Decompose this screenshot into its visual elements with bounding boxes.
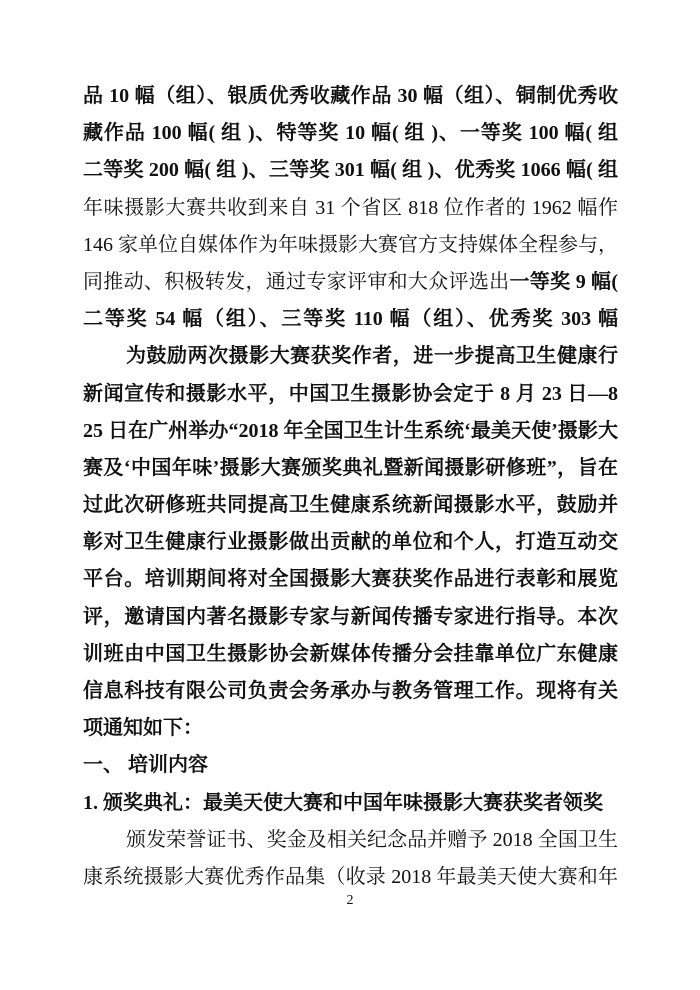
text-line: 训班由中国卫生摄影协会新媒体传播分会挂靠单位广东健康榜	[83, 636, 618, 673]
text-segment: 二等奖 54 幅（组）、三等奖 110 幅（组）、优秀奖 303 幅（组）。	[83, 308, 618, 338]
text-segment: 为鼓励两次摄影大赛获奖作者，进一步提高卫生健康行业	[83, 345, 618, 375]
text-segment: 146 家单位自媒体作为年味摄影大赛官方支持媒体全程参与，共	[83, 234, 618, 264]
text-line: 品 10 幅（组）、银质优秀收藏作品 30 幅（组）、铜制优秀收	[83, 78, 618, 115]
text-line: 25 日在广州举办“2018 年全国卫生计生系统‘最美天使’摄影大	[83, 413, 618, 450]
text-line: 赛及‘中国年味’摄影大赛颁奖典礼暨新闻摄影研修班”，旨在通	[83, 450, 618, 487]
text-segment: 评，邀请国内著名摄影专家与新闻传播专家进行指导。本次培	[83, 606, 618, 636]
text-segment: 信息科技有限公司负责会务承办与教务管理工作。现将有关事	[83, 680, 618, 710]
text-line: 1. 颁奖典礼：最美天使大赛和中国年味摄影大赛获奖者领奖	[83, 785, 618, 822]
text-line: 平台。培训期间将对全国摄影大赛获奖作品进行表彰和展览点	[83, 561, 618, 598]
text-segment: 训班由中国卫生摄影协会新媒体传播分会挂靠单位广东健康榜	[83, 643, 618, 673]
text-line: 二等奖 200 幅( 组 )、三等奖 301 幅( 组 )、优秀奖 1066 幅…	[83, 152, 618, 189]
text-line: 评，邀请国内著名摄影专家与新闻传播专家进行指导。本次培	[83, 599, 618, 636]
text-line: 彰对卫生健康行业摄影做出贡献的单位和个人，打造互动交流	[83, 524, 618, 561]
text-line: 二等奖 54 幅（组）、三等奖 110 幅（组）、优秀奖 303 幅（组）。	[83, 301, 618, 338]
text-segment: 25 日在广州举办“2018 年全国卫生计生系统‘最美天使’摄影大	[83, 420, 618, 442]
text-segment: 二等奖 200 幅( 组 )、三等奖 301 幅( 组 )、优秀奖 1066 幅…	[83, 159, 618, 189]
text-line: 新闻宣传和摄影水平，中国卫生摄影协会定于 8 月 23 日—8 月	[83, 376, 618, 413]
page-number: 2	[0, 893, 700, 909]
text-line: 颁发荣誉证书、奖金及相关纪念品并赠予 2018 全国卫生健	[83, 822, 618, 859]
text-line: 146 家单位自媒体作为年味摄影大赛官方支持媒体全程参与，共	[83, 227, 618, 264]
document-page: 品 10 幅（组）、银质优秀收藏作品 30 幅（组）、铜制优秀收藏作品 100 …	[0, 0, 700, 990]
text-segment: 一、 培训内容	[83, 754, 208, 776]
text-line: 为鼓励两次摄影大赛获奖作者，进一步提高卫生健康行业	[83, 338, 618, 375]
text-segment: 过此次研修班共同提高卫生健康系统新闻摄影水平，鼓励并表	[83, 494, 618, 524]
text-line: 信息科技有限公司负责会务承办与教务管理工作。现将有关事	[83, 673, 618, 710]
text-segment: 年味摄影大赛共收到来自 31 个省区 818 位作者的 1962 幅作品，	[83, 197, 618, 227]
text-segment: 新闻宣传和摄影水平，中国卫生摄影协会定于 8 月 23 日—8 月	[83, 383, 618, 413]
text-segment: 1. 颁奖典礼：最美天使大赛和中国年味摄影大赛获奖者领奖	[83, 792, 603, 814]
text-segment: 藏作品 100 幅( 组 )、特等奖 10 幅( 组 )、一等奖 100 幅( …	[83, 122, 618, 152]
text-segment: 项通知如下：	[83, 717, 203, 739]
text-line: 过此次研修班共同提高卫生健康系统新闻摄影水平，鼓励并表	[83, 487, 618, 524]
text-segment: 颁发荣誉证书、奖金及相关纪念品并赠予 2018 全国卫生健	[83, 829, 618, 859]
text-line: 康系统摄影大赛优秀作品集（收录 2018 年最美天使大赛和年味	[83, 859, 618, 896]
text-line: 一、 培训内容	[83, 747, 618, 784]
text-line: 项通知如下：	[83, 710, 618, 747]
text-segment: 康系统摄影大赛优秀作品集（收录 2018 年最美天使大赛和年味	[83, 866, 618, 896]
text-line: 年味摄影大赛共收到来自 31 个省区 818 位作者的 1962 幅作品，	[83, 190, 618, 227]
text-segment: 平台。培训期间将对全国摄影大赛获奖作品进行表彰和展览点	[83, 568, 618, 598]
document-body: 品 10 幅（组）、银质优秀收藏作品 30 幅（组）、铜制优秀收藏作品 100 …	[83, 78, 618, 896]
text-segment: 同推动、积极转发，通过专家评审和大众评选出	[83, 271, 509, 293]
text-segment: 彰对卫生健康行业摄影做出贡献的单位和个人，打造互动交流	[83, 531, 618, 561]
text-line: 同推动、积极转发，通过专家评审和大众评选出一等奖 9 幅( 组 )、	[83, 264, 618, 301]
text-segment: 品 10 幅（组）、银质优秀收藏作品 30 幅（组）、铜制优秀收	[83, 85, 618, 107]
text-line: 藏作品 100 幅( 组 )、特等奖 10 幅( 组 )、一等奖 100 幅( …	[83, 115, 618, 152]
text-segment: 赛及‘中国年味’摄影大赛颁奖典礼暨新闻摄影研修班”，旨在通	[83, 457, 618, 487]
